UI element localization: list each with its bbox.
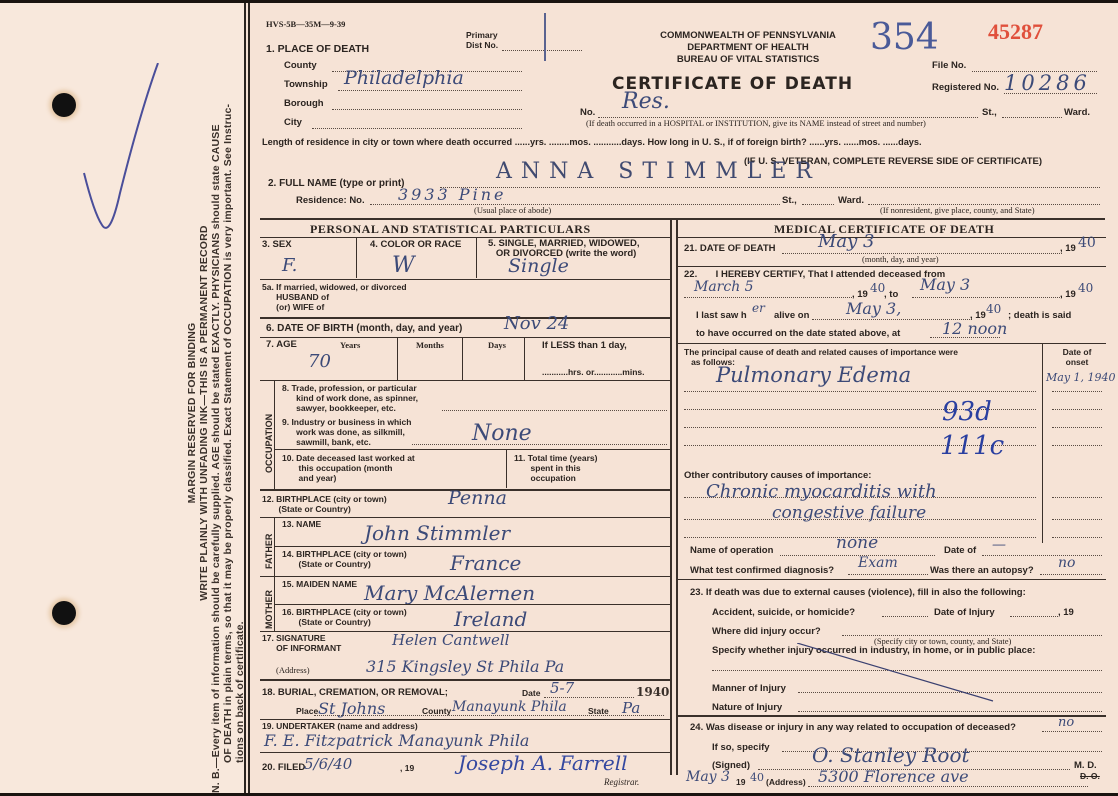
contributory-line-2: congestive failure: [772, 503, 926, 523]
checkmark-icon: [80, 63, 160, 233]
last-worked-label: 10. Date deceased last worked at this oc…: [282, 453, 415, 483]
street-no-label: No.: [580, 107, 595, 118]
burial-date-value: 5-7: [550, 679, 574, 697]
dod-value: May 3: [818, 231, 875, 252]
residence-label: Residence: No.: [296, 195, 365, 206]
undertaker-label: 19. UNDERTAKER (name and address): [262, 721, 418, 731]
attended-to-19: , 19: [1060, 289, 1076, 300]
last-saw-date: May 3,: [846, 299, 901, 318]
age-years-value: 70: [308, 351, 331, 372]
occupation-related-label: 24. Was disease or injury in any way rel…: [690, 722, 1016, 733]
mother-name-label: 15. MAIDEN NAME: [282, 579, 357, 589]
industry-label: 9. Industry or business in which work wa…: [282, 417, 411, 447]
test-label: What test confirmed diagnosis?: [690, 565, 834, 576]
margin-rule-2: [248, 3, 250, 793]
bureau-text: BUREAU OF VITAL STATISTICS: [642, 54, 854, 66]
attended-from: March 5: [694, 279, 754, 295]
burial-date-label: Date: [522, 688, 540, 698]
operation-label: Name of operation: [690, 545, 773, 556]
ward-label: Ward.: [1064, 107, 1090, 118]
manner-label: Manner of Injury: [712, 683, 786, 694]
commonwealth-text: COMMONWEALTH OF PENNSYLVANIA: [642, 30, 854, 42]
injury-19: , 19: [1058, 607, 1074, 618]
file-no-label: File No.: [932, 60, 966, 71]
last-saw-pronoun: er: [752, 301, 765, 315]
onset-value: May 1, 1940: [1046, 371, 1116, 384]
dod-year: 40: [1078, 235, 1096, 251]
registered-no-label: Registered No.: [932, 82, 999, 93]
nature-label: Nature of Injury: [712, 702, 782, 713]
spouse-label: 5a. If married, widowed, or divorced HUS…: [262, 282, 407, 312]
county-label: County: [284, 60, 317, 71]
department-text: DEPARTMENT OF HEALTH: [642, 42, 854, 54]
if-so-label: If so, specify: [712, 742, 770, 753]
nonresident-note: (If nonresident, give place, county, and…: [880, 205, 1035, 215]
signed-date: May 3: [686, 769, 730, 785]
burial-label: 18. BURIAL, CREMATION, OR REMOVAL;: [262, 687, 448, 698]
race-label: 4. COLOR OR RACE: [370, 239, 461, 250]
occupation-side-label: OCCUPATION: [264, 414, 274, 473]
contributory-label: Other contributory causes of importance:: [684, 470, 871, 481]
form-code: HVS-5B—35M—9-39: [266, 19, 345, 29]
place-of-death-label: 1. PLACE OF DEATH: [266, 43, 369, 55]
physician-address-label: (Address): [766, 777, 806, 787]
mother-birthplace-value: Ireland: [454, 607, 527, 631]
informant-value: Helen Cantwell: [392, 631, 509, 649]
full-name-label: 2. FULL NAME (type or print): [268, 178, 404, 189]
nb-text-2: OF DEATH in plain terms, so that it may …: [222, 33, 234, 793]
last-saw-year: 40: [986, 302, 1001, 316]
registrar-label: Registrar.: [604, 777, 639, 787]
dod-19: , 19: [1060, 243, 1076, 254]
informant-label: 17. SIGNATURE OF INFORMANT: [262, 633, 341, 653]
margin-instructions: MARGIN RESERVED FOR BINDING WRITE PLAINL…: [186, 33, 246, 793]
undertaker-value: F. E. Fitzpatrick Manayunk Phila: [264, 731, 529, 750]
dist-no-mark: [544, 13, 546, 61]
sex-label: 3. SEX: [262, 239, 292, 250]
margin-rule-1: [244, 3, 246, 793]
test-value: Exam: [858, 555, 898, 571]
punch-hole-top: [52, 93, 76, 117]
binding-margin: MARGIN RESERVED FOR BINDING WRITE PLAINL…: [0, 3, 246, 793]
trade-label: 8. Trade, profession, or particular kind…: [282, 383, 418, 413]
stamp-number: 45287: [988, 19, 1043, 45]
street-st-label: St.,: [982, 107, 997, 118]
time-value: 12 noon: [942, 319, 1007, 338]
residence-value: 3933 Pine: [398, 185, 506, 204]
handwritten-file-number: 354: [870, 17, 939, 58]
occurred-label: to have occurred on the date stated abov…: [696, 328, 900, 339]
physician-signature: O. Stanley Root: [812, 743, 970, 767]
filed-19: , 19: [400, 763, 414, 773]
cause-value: Pulmonary Edema: [716, 363, 911, 387]
mother-birthplace-label: 16. BIRTHPLACE (city or town) (State or …: [282, 607, 407, 627]
residence-length-text: Length of residence in city or town wher…: [262, 137, 922, 147]
father-name-value: John Stimmler: [364, 521, 510, 545]
write-plainly-text: WRITE PLAINLY WITH UNFADING INK—THIS IS …: [198, 33, 210, 793]
registered-no-value: 10286: [1004, 71, 1091, 95]
dod-label: 21. DATE OF DEATH: [684, 243, 776, 254]
injury-date-label: Date of Injury: [934, 607, 995, 618]
certificate-form: HVS-5B—35M—9-39 1. PLACE OF DEATH Primar…: [252, 3, 1118, 793]
industry-value: None: [472, 421, 532, 446]
burial-year: 1940: [636, 685, 669, 699]
full-name-value: ANNA STIMMLER: [496, 159, 821, 184]
cause-code-1: 93d: [942, 397, 992, 427]
attended-from-year: 40: [870, 281, 885, 295]
residence-ward-label: Ward.: [838, 195, 864, 206]
township-label: Township: [284, 79, 328, 90]
nb-text-1: N. B.—Every item of information should b…: [210, 33, 222, 793]
signed-19: 19: [736, 777, 745, 787]
total-time-label: 11. Total time (years) spent in this occ…: [514, 453, 597, 483]
age-label: 7. AGE: [266, 339, 297, 350]
date-of-value: —: [992, 537, 1006, 553]
autopsy-label: Was there an autopsy?: [930, 565, 1034, 576]
age-months-label: Months: [416, 340, 444, 350]
informant-address-label: (Address): [276, 665, 310, 675]
age-days-label: Days: [488, 340, 506, 350]
burial-county-value: Manayunk Phila: [452, 699, 567, 715]
personal-heading: PERSONAL AND STATISTICAL PARTICULARS: [310, 222, 591, 237]
mother-name-value: Mary McAlernen: [364, 581, 535, 605]
operation-value: none: [836, 533, 878, 553]
column-divider-1: [670, 219, 672, 775]
last-saw-label: I last saw h: [696, 310, 747, 321]
filed-value: 5/6/40: [304, 755, 352, 773]
external-label: 23. If death was due to external causes …: [690, 587, 1026, 598]
less-than-day-label: If LESS than 1 day,: [542, 340, 627, 351]
medical-heading: MEDICAL CERTIFICATE OF DEATH: [774, 222, 994, 237]
certificate-page: MARGIN RESERVED FOR BINDING WRITE PLAINL…: [0, 3, 1118, 793]
dod-note: (month, day, and year): [862, 254, 939, 264]
cause-code-2: 111c: [940, 431, 1004, 461]
sex-value: F.: [282, 255, 297, 276]
filed-label: 20. FILED: [262, 762, 305, 773]
hospital-note: (If death occurred in a HOSPITAL or INST…: [586, 118, 926, 128]
birthplace-label: 12. BIRTHPLACE (city or town) (State or …: [262, 494, 387, 514]
dob-value: Nov 24: [504, 313, 569, 334]
autopsy-value: no: [1058, 555, 1075, 571]
md-label: M. D.: [1074, 760, 1097, 771]
age-years-label: Years: [340, 340, 360, 350]
mother-side-label: MOTHER: [264, 590, 274, 629]
attended-to: May 3: [920, 275, 970, 294]
registrar-signature: Joseph A. Farrell: [458, 751, 628, 775]
date-of-label: Date of: [944, 545, 976, 556]
death-said-label: ; death is said: [1008, 310, 1071, 321]
physician-address-value: 5300 Florence ave: [818, 767, 969, 786]
attended-to-year: 40: [1078, 281, 1093, 295]
strike-line: [797, 643, 997, 703]
column-divider-2: [676, 219, 678, 775]
birthplace-value: Penna: [448, 487, 507, 509]
street-no-value: Res.: [622, 89, 670, 114]
race-value: W: [392, 253, 415, 278]
where-label: Where did injury occur?: [712, 626, 821, 637]
marital-value: Single: [508, 255, 569, 277]
punch-hole-bottom: [52, 601, 76, 625]
contributory-line-1: Chronic myocarditis with: [706, 481, 937, 502]
father-side-label: FATHER: [264, 534, 274, 569]
alive-on-label: alive on: [774, 310, 809, 321]
hrs-mins-label: ...........hrs. or............mins.: [542, 367, 645, 377]
onset-label: Date of onset: [1052, 347, 1102, 367]
residence-st-label: St.,: [782, 195, 797, 206]
abode-note: (Usual place of abode): [474, 205, 551, 215]
informant-address-value: 315 Kingsley St Phila Pa: [366, 657, 564, 676]
do-label: D. O.: [1080, 771, 1100, 781]
primary-dist-label: Primary Dist No.: [466, 30, 498, 50]
margin-reserved-text: MARGIN RESERVED FOR BINDING: [186, 33, 198, 793]
father-name-label: 13. NAME: [282, 519, 321, 529]
accident-label: Accident, suicide, or homicide?: [712, 607, 855, 618]
father-birthplace-label: 14. BIRTHPLACE (city or town) (State or …: [282, 549, 407, 569]
township-value: Philadelphia: [344, 67, 464, 89]
signed-year: 40: [750, 771, 764, 784]
state-header: COMMONWEALTH OF PENNSYLVANIA DEPARTMENT …: [642, 30, 854, 66]
dob-label: 6. DATE OF BIRTH (month, day, and year): [266, 323, 462, 334]
father-birthplace-value: France: [450, 551, 521, 575]
borough-label: Borough: [284, 98, 324, 109]
occupation-related-value: no: [1058, 715, 1074, 730]
city-label: City: [284, 117, 302, 128]
